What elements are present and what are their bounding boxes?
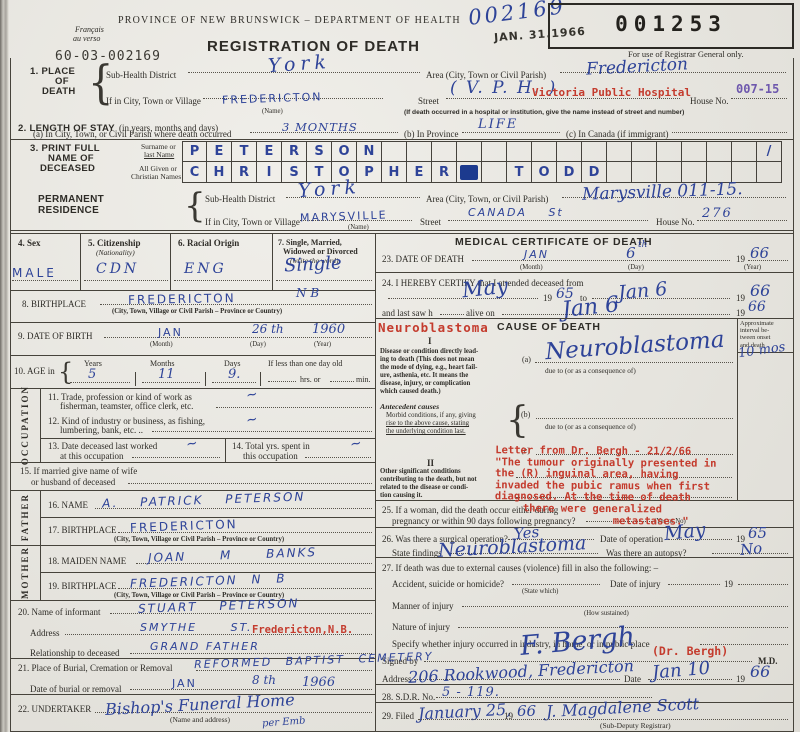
letter-cell: C (182, 162, 207, 183)
dots (535, 362, 733, 363)
dots (668, 584, 720, 585)
divider (272, 233, 273, 290)
doctor-letter-stamp: Letter from Dr. Bergh - 21/2/66"The tumo… (495, 445, 717, 528)
residence-city-value: MARYSVILLE (300, 208, 388, 224)
mother-maiden-value: JOAN M BANKS (148, 545, 317, 565)
letter-cell: O (532, 162, 557, 183)
form-right-border (793, 58, 794, 732)
house-no-label: House No. (690, 96, 729, 106)
registrar-signature: J. Magdalene Scott (546, 694, 700, 721)
dob-year-value: 1960 (312, 322, 345, 337)
letter-cell: T (507, 162, 532, 183)
birthplace-value-2: N B (296, 286, 319, 300)
dots (536, 418, 733, 419)
q27-label: 27. If death was due to external causes … (382, 563, 658, 573)
dots (104, 337, 372, 338)
stay-c-label: (c) In Canada (if immigrant) (566, 129, 668, 139)
scan-binding-edge (0, 0, 9, 732)
undertaker-note: per Emb (262, 715, 306, 729)
letter-cell (557, 141, 582, 162)
accident-label: Accident, suicide or homicide? (392, 579, 504, 589)
citizenship-value: CDN (96, 261, 139, 277)
disease-explanation: Disease or condition directly lead-ing t… (380, 348, 478, 396)
last-saw-label-2: alive on (466, 308, 495, 318)
doctor-name-stamp: (Dr. Bergh) (652, 644, 728, 658)
sub-deputy-registrar-caption: (Sub-Deputy Registrar) (600, 721, 671, 730)
year-prefix: 19 (736, 674, 745, 684)
ink-blot (460, 165, 478, 180)
operation-date-label: Date of operation (600, 534, 663, 544)
rule (10, 388, 375, 389)
father-birthplace-caption: (City, Town, Village or Civil Parish – P… (114, 536, 284, 543)
year-prefix: 19 (724, 579, 733, 589)
undertaker-label: 22. UNDERTAKER (18, 704, 91, 714)
q15-label: 15. If married give name of wife (20, 466, 137, 476)
cause-b-label: (b) (521, 410, 530, 419)
dots (305, 457, 371, 458)
citizenship-label: 5. Citizenship (88, 238, 141, 248)
registrar-number: 001253 (550, 12, 792, 36)
father-side-label: FATHER (12, 492, 38, 543)
letter-cell: E (257, 141, 282, 162)
divider (40, 388, 41, 462)
death-day-value: 6 (626, 244, 636, 262)
age-years-value: 5 (88, 367, 96, 382)
injury-date-label: Date of injury (610, 579, 660, 589)
letter-cell (457, 162, 482, 183)
letter-cell (632, 141, 657, 162)
occupation-q13-label: 13. Date deceased last worked (48, 441, 157, 451)
form-left-border (10, 58, 11, 732)
dots (142, 382, 200, 383)
dob-label: 9. DATE OF BIRTH (18, 331, 92, 341)
last-saw-year: 66 (748, 299, 766, 315)
age-days-value: 9. (228, 367, 240, 382)
residence-shd-label: Sub-Health District (205, 194, 275, 204)
burial-date-label: Date of burial or removal (30, 684, 121, 694)
signed-year-value: 66 (750, 662, 770, 681)
year-prefix: 19 (543, 293, 552, 303)
autopsy-value: No (739, 539, 763, 559)
street-label: Street (418, 96, 439, 106)
dots (512, 584, 600, 585)
rule (375, 684, 793, 685)
sdr-label: 28. S.D.R. No. (382, 692, 435, 702)
dots (84, 280, 168, 281)
dots (132, 457, 220, 458)
letter-cell (482, 141, 507, 162)
marital-value: Single (283, 253, 342, 277)
rule (10, 490, 375, 491)
signed-date-label: Date (624, 674, 641, 684)
letter-cell (407, 141, 432, 162)
residence-house-value: 276 (702, 206, 733, 221)
rule (10, 355, 375, 356)
place-sub-health-district-value: York (267, 51, 331, 77)
brace: { (184, 186, 206, 226)
day-caption: (Day) (628, 264, 644, 271)
informant-label: 20. Name of informant (18, 607, 100, 617)
sub-health-district-label: Sub-Health District (106, 70, 176, 80)
dots (418, 719, 788, 720)
dots (152, 431, 372, 432)
dots (268, 381, 296, 382)
relationship-label: Relationship to deceased (30, 648, 119, 658)
residence-shd-value: York (297, 176, 361, 202)
letter-cell (682, 141, 707, 162)
cause-a-label: (a) (522, 355, 531, 364)
dots (128, 483, 372, 484)
birthplace-label: 8. BIRTHPLACE (22, 299, 86, 309)
cause-stamp: Neuroblastoma (378, 320, 489, 335)
dots (212, 382, 256, 383)
letter-cell (507, 141, 532, 162)
informant-address-value: SMYTHE ST. (140, 621, 253, 634)
stay-a-label: (a) In City, Town, or Civil Parish where… (33, 129, 231, 139)
father-birthplace-label: 17. BIRTHPLACE (48, 525, 116, 535)
roman-numeral-1: I (428, 336, 432, 346)
age-label: 10. AGE in (14, 366, 55, 376)
letter-cell: R (282, 141, 307, 162)
name-caption: (Name) (262, 108, 283, 115)
dots (388, 298, 538, 299)
dots (672, 132, 787, 133)
dob-month-value: JAN (158, 326, 183, 339)
racial-origin-label: 6. Racial Origin (178, 238, 239, 248)
nature-label: Nature of injury (392, 622, 450, 632)
letter-cell: R (232, 162, 257, 183)
undertaker-caption: (Name and address) (170, 715, 230, 724)
surname-letter-boxes: PETERSON/ (182, 141, 782, 162)
rule (10, 230, 793, 231)
dots (738, 584, 788, 585)
sdr-value: 5 - 119. (442, 685, 500, 700)
residence-area-value: Marysville 011-15. (582, 179, 743, 205)
year-prefix: 19 (736, 308, 745, 318)
province-header: PROVINCE OF NEW BRUNSWICK – DEPARTMENT O… (118, 15, 461, 26)
rule (10, 233, 793, 234)
death-month-value: JAN (524, 248, 549, 261)
letter-cell: H (382, 162, 407, 183)
letter-cell: E (207, 141, 232, 162)
death-day-suffix: th (638, 240, 647, 250)
occupation-side-label: OCCUPATION (12, 390, 38, 460)
year-prefix: 19 (736, 293, 745, 303)
min-caption: min. (356, 375, 370, 384)
dots (448, 220, 648, 221)
burial-day-value: 8 th (252, 673, 276, 687)
month-caption: (Month) (520, 264, 543, 271)
rule (40, 572, 375, 573)
stay-b-label: (b) In Province (404, 129, 458, 139)
occupation-q12-label-2: lumbering, bank, etc. .. (60, 425, 143, 435)
cause-of-death-header: CAUSE OF DEATH (497, 321, 601, 333)
residence-house-label: House No. (656, 217, 695, 227)
dots (462, 606, 788, 607)
letter-cell: E (407, 162, 432, 183)
pen-tick: ~ (244, 411, 259, 429)
letter-cell (732, 141, 757, 162)
birthplace-caption: (City, Town, Village or Civil Parish – P… (112, 308, 282, 315)
filed-year-value: 66 (517, 702, 536, 720)
dots (330, 381, 354, 382)
letter-cell (582, 141, 607, 162)
language-note-2: au verso (73, 34, 100, 43)
letter-cell (482, 162, 507, 183)
place-city-label: If in City, Town or Village (106, 96, 201, 106)
letter-cell: S (307, 141, 332, 162)
informant-address-stamp: Fredericton,N.B. (252, 624, 353, 636)
hospital-name-stamp: Victoria Public Hospital (532, 86, 691, 99)
dots (276, 280, 372, 281)
letter-cell (657, 162, 682, 183)
stay-b-value: LIFE (478, 117, 518, 132)
divider (260, 372, 261, 386)
permanent-residence-label: PERMANENT (38, 194, 104, 205)
death-registration-form: Français au verso PROVINCE OF NEW BRUNSW… (0, 0, 800, 732)
letter-cell (657, 141, 682, 162)
letter-cell: H (207, 162, 232, 183)
language-note: Français (75, 25, 104, 34)
dots (216, 407, 372, 408)
age-months-value: 11 (158, 367, 175, 382)
letter-cell (757, 162, 782, 183)
month-caption: (Month) (150, 341, 173, 348)
letter-cell (382, 141, 407, 162)
letter-cell: D (557, 162, 582, 183)
year-prefix: 19 (736, 254, 745, 264)
letter-cell (532, 141, 557, 162)
mother-birthplace-label: 19. BIRTHPLACE (48, 581, 116, 591)
mother-side-label: MOTHER (12, 547, 38, 598)
how-sustained-caption: (How sustained) (584, 610, 629, 617)
q15-label-2: or husband of deceased (31, 477, 115, 487)
burial-month-value: JAN (172, 677, 197, 690)
racial-origin-value: ENG (184, 261, 227, 277)
divider (170, 233, 171, 290)
attended-to-year: 66 (750, 281, 770, 300)
registrar-number-box: 001253 (548, 3, 794, 49)
dots (174, 280, 270, 281)
given-caption-2: Christian Names (131, 172, 181, 181)
informant-address-label: Address (30, 628, 60, 638)
occupation-q14-label: 14. Total yrs. spent in (232, 441, 310, 451)
relationship-value: GRAND FATHER (150, 640, 260, 653)
sex-label: 4. Sex (18, 238, 41, 248)
surname-caption-2: last Name (144, 150, 174, 159)
filed-label: 29. Filed (382, 711, 414, 721)
residence-city-label: If in City, Town or Village (205, 217, 300, 227)
less-than-day-caption: If less than one day old (268, 359, 342, 368)
stay-a-value: 3 MONTHS (282, 120, 358, 134)
residence-area-label: Area (City, Town, or Civil Parish) (426, 194, 548, 204)
father-name-label: 16. NAME (48, 500, 88, 510)
letter-cell (607, 162, 632, 183)
antecedent-title: Antecedent causes (380, 402, 439, 411)
date-of-death-label: 23. DATE OF DEATH (382, 254, 464, 264)
permanent-residence-label-2: RESIDENCE (38, 205, 99, 216)
divider (80, 233, 81, 290)
burial-place-label: 21. Place of Burial, Cremation or Remova… (18, 663, 172, 673)
dots (70, 382, 130, 383)
letter-cell: D (582, 162, 607, 183)
medical-certificate-header: MEDICAL CERTIFICATE OF DEATH (455, 236, 652, 248)
rule (375, 527, 793, 528)
roman-numeral-2: II (427, 458, 434, 468)
rule (10, 462, 375, 463)
marital-label: 7. Single, Married, (278, 238, 342, 247)
letter-cell (432, 141, 457, 162)
letter-cell: / (757, 141, 782, 162)
place-of-death-label-3: DEATH (42, 86, 76, 97)
dots (440, 314, 464, 315)
sex-value: MALE (12, 266, 57, 280)
divider (135, 372, 136, 386)
state-which-caption: (State which) (522, 588, 558, 595)
dots (472, 260, 730, 261)
letter-cell: T (232, 141, 257, 162)
dots (12, 280, 78, 281)
attended-to-value: Jan 6 (617, 278, 668, 304)
occupation-q13-label-2: at this occupation (60, 451, 123, 461)
occupation-q14-label-2: this occupation (243, 451, 298, 461)
manner-label: Manner of injury (392, 601, 453, 611)
rule (375, 318, 793, 319)
dob-day-value: 26 th (252, 322, 284, 336)
other-conditions-explanation: Other significant conditionscontributing… (380, 468, 477, 500)
dots (130, 689, 372, 690)
letter-cell: N (357, 141, 382, 162)
letter-cell: P (357, 162, 382, 183)
letter-cell: R (432, 162, 457, 183)
birthplace-value: FREDERICTON (128, 291, 236, 307)
burial-year-value: 1966 (302, 675, 335, 690)
antecedent-explanation: Morbid conditions, if any, givingrise to… (386, 412, 476, 436)
letter-cell: O (332, 141, 357, 162)
year-caption: (Year) (744, 264, 761, 271)
due-to-caption: due to (or as a consequence of) (545, 422, 636, 431)
rule (10, 139, 793, 140)
rule (10, 545, 375, 546)
residence-street-value: CANADA St (468, 206, 564, 219)
letter-cell (707, 141, 732, 162)
dots (462, 132, 560, 133)
nationality-caption: (Nationality) (96, 248, 135, 257)
mother-maiden-label: 18. MAIDEN NAME (48, 556, 126, 566)
day-caption: (Day) (250, 341, 266, 348)
divider (205, 372, 206, 386)
letter-cell: P (182, 141, 207, 162)
place-area-value: Fredericton (586, 54, 689, 79)
rule (375, 557, 793, 558)
brace: { (506, 400, 529, 441)
place-city-value: FREDERICTON (222, 90, 323, 107)
year-caption: (Year) (314, 341, 331, 348)
rule (40, 438, 375, 439)
residence-street-label: Street (420, 217, 441, 227)
divider (225, 438, 226, 462)
letter-cell (607, 141, 632, 162)
house-no-stamp: 007-15 (736, 82, 779, 96)
letter-cell: I (257, 162, 282, 183)
print-name-label-3: DECEASED (40, 163, 95, 174)
dots (748, 260, 788, 261)
hrs-caption: hrs. or (300, 375, 320, 384)
letter-cell (457, 141, 482, 162)
rule (375, 272, 793, 273)
dots (731, 98, 787, 99)
due-to-caption: due to (or as a consequence of) (545, 366, 636, 375)
given-letter-boxes: CHRISTOPHERTODD (182, 162, 782, 183)
letter-cell (632, 162, 657, 183)
hospital-caption: (If death occurred in a hospital or inst… (404, 109, 684, 116)
last-saw-label: and last saw h (382, 308, 433, 318)
occupation-q11-label-2: fisherman, teamster, office clerk, etc. (60, 401, 193, 411)
